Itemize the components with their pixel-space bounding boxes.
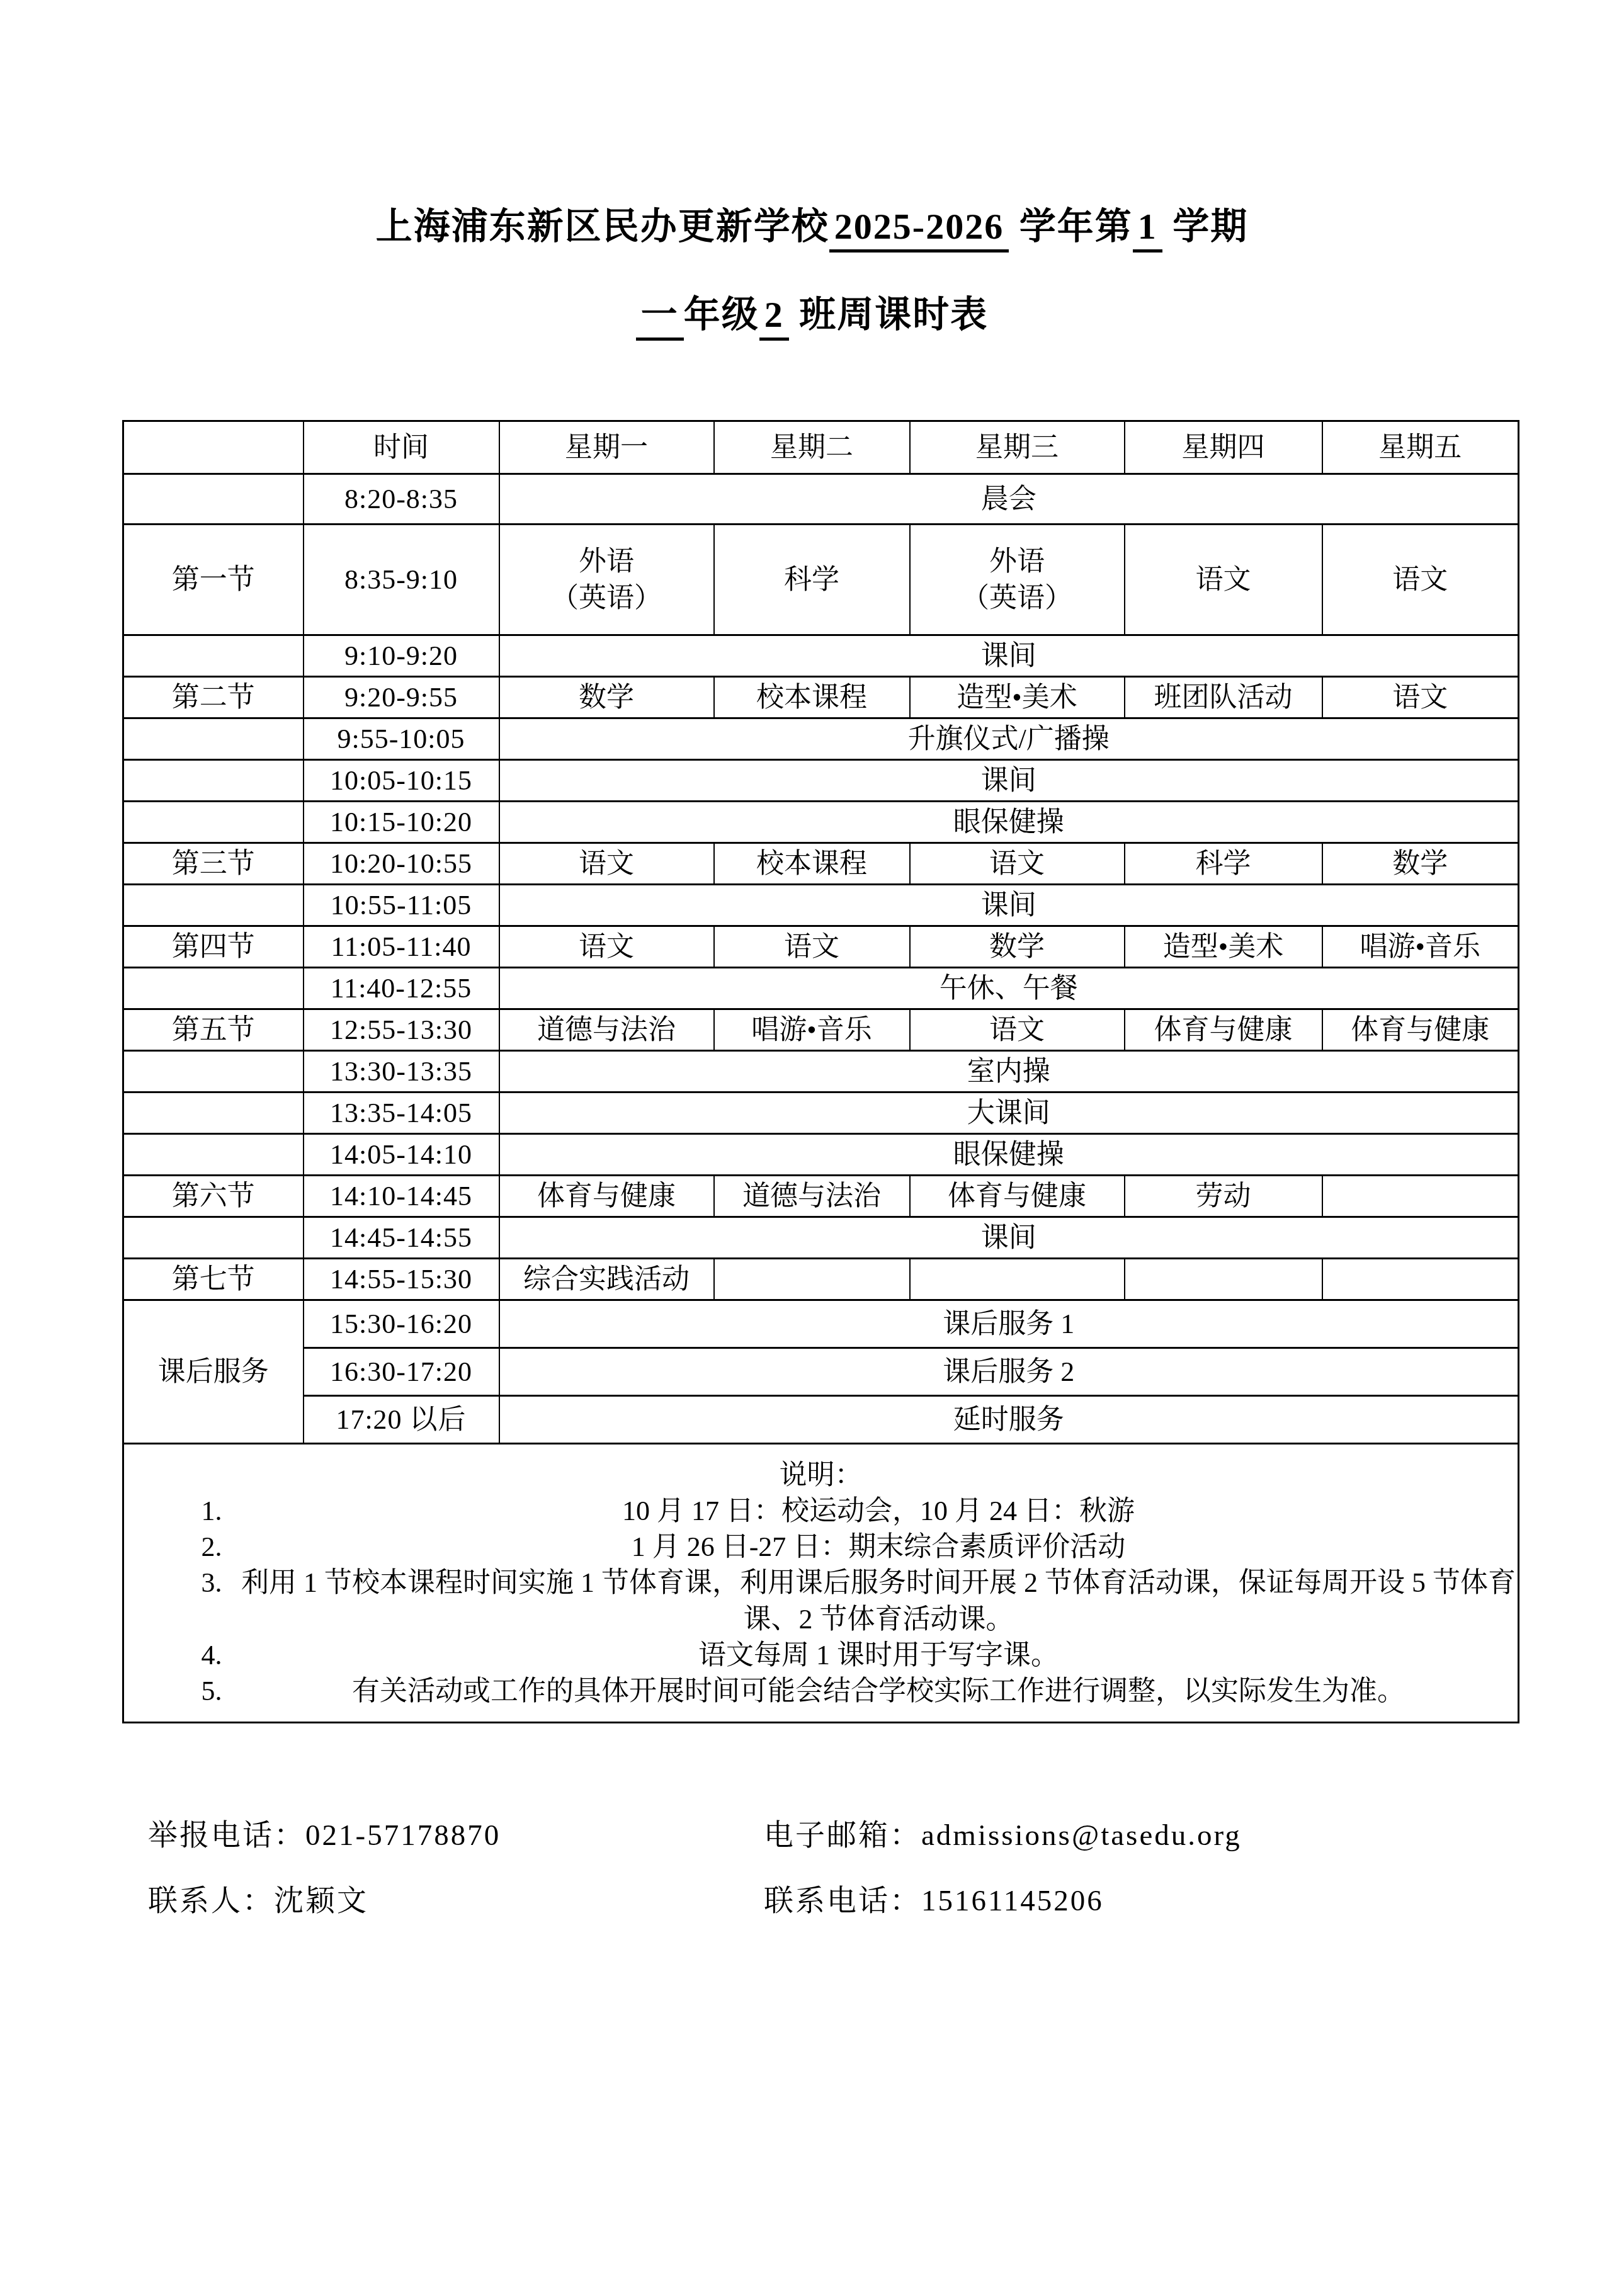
note-item-number: 1. [184, 1493, 239, 1529]
section-cell: 第三节 [123, 843, 304, 885]
time-cell: 14:10-14:45 [304, 1176, 499, 1217]
section-cell [123, 1051, 304, 1092]
timetable-row: 13:35-14:05大课间 [123, 1092, 1519, 1134]
note-item-text: 利用 1 节校本课程时间实施 1 节体育课，利用课后服务时间开展 2 节体育活动… [239, 1565, 1518, 1637]
timetable-row: 第三节10:20-10:55语文校本课程语文科学数学 [123, 843, 1519, 885]
header-day-cell: 星期四 [1125, 421, 1322, 474]
section-cell [123, 1217, 304, 1259]
title-underlined-text: 2025-2026 [829, 206, 1009, 253]
subject-cell: 语文 [910, 1009, 1125, 1051]
subject-cell: 语文 [1322, 677, 1519, 718]
timetable-header-row: 时间星期一星期二星期三星期四星期五 [123, 421, 1519, 474]
note-item-number: 3. [184, 1565, 239, 1637]
time-cell: 14:05-14:10 [304, 1134, 499, 1176]
section-cell: 第六节 [123, 1176, 304, 1217]
subject-cell: 综合实践活动 [499, 1259, 714, 1300]
notes-label: 说明： [124, 1457, 1518, 1493]
timetable-row: 10:55-11:05课间 [123, 885, 1519, 926]
header-day-cell: 星期一 [499, 421, 714, 474]
subject-cell: 语文 [1322, 525, 1519, 635]
timetable-row: 课后服务15:30-16:20课后服务 1 [123, 1300, 1519, 1348]
timetable-row: 13:30-13:35室内操 [123, 1051, 1519, 1092]
time-cell: 16:30-17:20 [304, 1348, 499, 1396]
header-day-cell: 星期二 [714, 421, 910, 474]
note-item-text: 1 月 26 日-27 日：期末综合素质评价活动 [239, 1529, 1518, 1565]
note-item: 3.利用 1 节校本课程时间实施 1 节体育课，利用课后服务时间开展 2 节体育… [124, 1565, 1518, 1637]
header-time-cell: 时间 [304, 421, 499, 474]
title-underlined-text: 一 [636, 294, 684, 341]
title-text: 年级 [684, 294, 759, 335]
subject-cell [714, 1259, 910, 1300]
subject-cell: 语文 [714, 926, 910, 968]
notes-row: 说明：1.10 月 17 日：校运动会，10 月 24 日：秋游2.1 月 26… [123, 1444, 1519, 1723]
title-text: 上海浦东新区民办更新学校 [376, 206, 829, 247]
timetable-row: 17:20 以后延时服务 [123, 1396, 1519, 1444]
section-cell: 第七节 [123, 1259, 304, 1300]
note-item-text: 10 月 17 日：校运动会，10 月 24 日：秋游 [239, 1493, 1518, 1529]
document-page: 上海浦东新区民办更新学校2025-2026 学年第1 学期 一年级2 班周课时表… [0, 0, 1624, 2287]
merged-activity-cell: 课间 [499, 885, 1519, 926]
title-underlined-text: 1 [1133, 206, 1162, 253]
merged-activity-cell: 室内操 [499, 1051, 1519, 1092]
note-item-number: 5. [184, 1673, 239, 1709]
footer-contact-phone: 联系电话：15161145206 [764, 1877, 1242, 1919]
time-cell: 10:05-10:15 [304, 760, 499, 802]
subject-cell [1125, 1259, 1322, 1300]
section-cell [123, 1134, 304, 1176]
merged-activity-cell: 延时服务 [499, 1396, 1519, 1444]
subject-cell: 数学 [910, 926, 1125, 968]
subject-cell: 数学 [499, 677, 714, 718]
note-item: 2.1 月 26 日-27 日：期末综合素质评价活动 [124, 1529, 1518, 1565]
header-day-cell: 星期三 [910, 421, 1125, 474]
note-item: 4.语文每周 1 课时用于写字课。 [124, 1637, 1518, 1673]
subject-cell: 语文 [499, 843, 714, 885]
time-cell: 11:40-12:55 [304, 968, 499, 1009]
time-cell: 13:35-14:05 [304, 1092, 499, 1134]
time-cell: 13:30-13:35 [304, 1051, 499, 1092]
subject-cell: 劳动 [1125, 1176, 1322, 1217]
notes-section: 说明：1.10 月 17 日：校运动会，10 月 24 日：秋游2.1 月 26… [123, 1444, 1519, 1723]
time-cell: 8:35-9:10 [304, 525, 499, 635]
subject-cell: 数学 [1322, 843, 1519, 885]
subject-cell: 班团队活动 [1125, 677, 1322, 718]
section-cell: 第二节 [123, 677, 304, 718]
section-cell [123, 474, 304, 525]
timetable-row: 9:10-9:20课间 [123, 635, 1519, 677]
time-cell: 15:30-16:20 [304, 1300, 499, 1348]
footer-report-phone: 举报电话：021-57178870 [148, 1812, 764, 1854]
title-text: 班周课时表 [789, 294, 989, 335]
merged-activity-cell: 课后服务 1 [499, 1300, 1519, 1348]
time-cell: 10:15-10:20 [304, 802, 499, 843]
section-cell [123, 968, 304, 1009]
timetable-container: 时间星期一星期二星期三星期四星期五8:20-8:35晨会第一节8:35-9:10… [122, 420, 1519, 1723]
timetable-row: 第六节14:10-14:45体育与健康道德与法治体育与健康劳动 [123, 1176, 1519, 1217]
note-item-number: 4. [184, 1637, 239, 1673]
title-text: 学期 [1162, 206, 1249, 247]
section-cell [123, 718, 304, 760]
time-cell: 14:55-15:30 [304, 1259, 499, 1300]
note-item: 1.10 月 17 日：校运动会，10 月 24 日：秋游 [124, 1493, 1518, 1529]
header-corner-cell [123, 421, 304, 474]
subject-cell: 道德与法治 [499, 1009, 714, 1051]
section-cell: 课后服务 [123, 1300, 304, 1444]
subject-cell: 唱游•音乐 [1322, 926, 1519, 968]
subject-cell: 外语 （英语） [499, 525, 714, 635]
subject-cell: 道德与法治 [714, 1176, 910, 1217]
merged-activity-cell: 课间 [499, 760, 1519, 802]
subject-cell: 造型•美术 [1125, 926, 1322, 968]
time-cell: 9:20-9:55 [304, 677, 499, 718]
note-item: 5.有关活动或工作的具体开展时间可能会结合学校实际工作进行调整，以实际发生为准。 [124, 1673, 1518, 1709]
subject-cell [1322, 1259, 1519, 1300]
title-text: 学年第 [1009, 206, 1133, 247]
timetable-row: 第一节8:35-9:10外语 （英语）科学外语 （英语）语文语文 [123, 525, 1519, 635]
timetable-row: 第二节9:20-9:55数学校本课程造型•美术班团队活动语文 [123, 677, 1519, 718]
timetable-row: 第五节12:55-13:30道德与法治唱游•音乐语文体育与健康体育与健康 [123, 1009, 1519, 1051]
time-cell: 9:55-10:05 [304, 718, 499, 760]
merged-activity-cell: 大课间 [499, 1092, 1519, 1134]
section-cell [123, 760, 304, 802]
subject-cell: 科学 [1125, 843, 1322, 885]
subject-cell: 语文 [499, 926, 714, 968]
subject-cell: 语文 [910, 843, 1125, 885]
time-cell: 11:05-11:40 [304, 926, 499, 968]
note-item-number: 2. [184, 1529, 239, 1565]
time-cell: 9:10-9:20 [304, 635, 499, 677]
time-cell: 17:20 以后 [304, 1396, 499, 1444]
subject-cell: 体育与健康 [1125, 1009, 1322, 1051]
subject-cell: 体育与健康 [910, 1176, 1125, 1217]
timetable-row: 10:05-10:15课间 [123, 760, 1519, 802]
timetable-row: 8:20-8:35晨会 [123, 474, 1519, 525]
subject-cell: 外语 （英语） [910, 525, 1125, 635]
subject-cell [910, 1259, 1125, 1300]
timetable-row: 10:15-10:20眼保健操 [123, 802, 1519, 843]
subject-cell [1322, 1176, 1519, 1217]
subject-cell: 体育与健康 [499, 1176, 714, 1217]
merged-activity-cell: 眼保健操 [499, 1134, 1519, 1176]
time-cell: 10:20-10:55 [304, 843, 499, 885]
merged-activity-cell: 升旗仪式/广播操 [499, 718, 1519, 760]
timetable-row: 11:40-12:55午休、午餐 [123, 968, 1519, 1009]
time-cell: 14:45-14:55 [304, 1217, 499, 1259]
merged-activity-cell: 晨会 [499, 474, 1519, 525]
timetable-row: 9:55-10:05升旗仪式/广播操 [123, 718, 1519, 760]
merged-activity-cell: 课后服务 2 [499, 1348, 1519, 1396]
time-cell: 12:55-13:30 [304, 1009, 499, 1051]
merged-activity-cell: 课间 [499, 635, 1519, 677]
timetable-row: 16:30-17:20课后服务 2 [123, 1348, 1519, 1396]
subject-cell: 语文 [1125, 525, 1322, 635]
note-item-text: 语文每周 1 课时用于写字课。 [239, 1637, 1518, 1673]
section-cell: 第四节 [123, 926, 304, 968]
footer-email: 电子邮箱：admissions@tasedu.org [764, 1812, 1242, 1854]
time-cell: 10:55-11:05 [304, 885, 499, 926]
subject-cell: 唱游•音乐 [714, 1009, 910, 1051]
timetable-row: 14:45-14:55课间 [123, 1217, 1519, 1259]
section-cell: 第五节 [123, 1009, 304, 1051]
section-cell: 第一节 [123, 525, 304, 635]
section-cell [123, 802, 304, 843]
subject-cell: 校本课程 [714, 677, 910, 718]
timetable-row: 14:05-14:10眼保健操 [123, 1134, 1519, 1176]
subject-cell: 体育与健康 [1322, 1009, 1519, 1051]
timetable-row: 第七节14:55-15:30综合实践活动 [123, 1259, 1519, 1300]
document-title-line1: 上海浦东新区民办更新学校2025-2026 学年第1 学期 [0, 196, 1624, 249]
footer: 举报电话：021-57178870 电子邮箱：admissions@tasedu… [148, 1800, 1242, 1931]
timetable-row: 第四节11:05-11:40语文语文数学造型•美术唱游•音乐 [123, 926, 1519, 968]
note-item-text: 有关活动或工作的具体开展时间可能会结合学校实际工作进行调整，以实际发生为准。 [239, 1673, 1518, 1709]
section-cell [123, 635, 304, 677]
merged-activity-cell: 午休、午餐 [499, 968, 1519, 1009]
timetable: 时间星期一星期二星期三星期四星期五8:20-8:35晨会第一节8:35-9:10… [122, 420, 1519, 1723]
header-day-cell: 星期五 [1322, 421, 1519, 474]
merged-activity-cell: 课间 [499, 1217, 1519, 1259]
footer-contact-person: 联系人：沈颖文 [148, 1877, 764, 1919]
section-cell [123, 1092, 304, 1134]
document-title-line2: 一年级2 班周课时表 [0, 285, 1624, 338]
subject-cell: 科学 [714, 525, 910, 635]
time-cell: 8:20-8:35 [304, 474, 499, 525]
subject-cell: 校本课程 [714, 843, 910, 885]
title-underlined-text: 2 [759, 294, 789, 341]
subject-cell: 造型•美术 [910, 677, 1125, 718]
section-cell [123, 885, 304, 926]
merged-activity-cell: 眼保健操 [499, 802, 1519, 843]
